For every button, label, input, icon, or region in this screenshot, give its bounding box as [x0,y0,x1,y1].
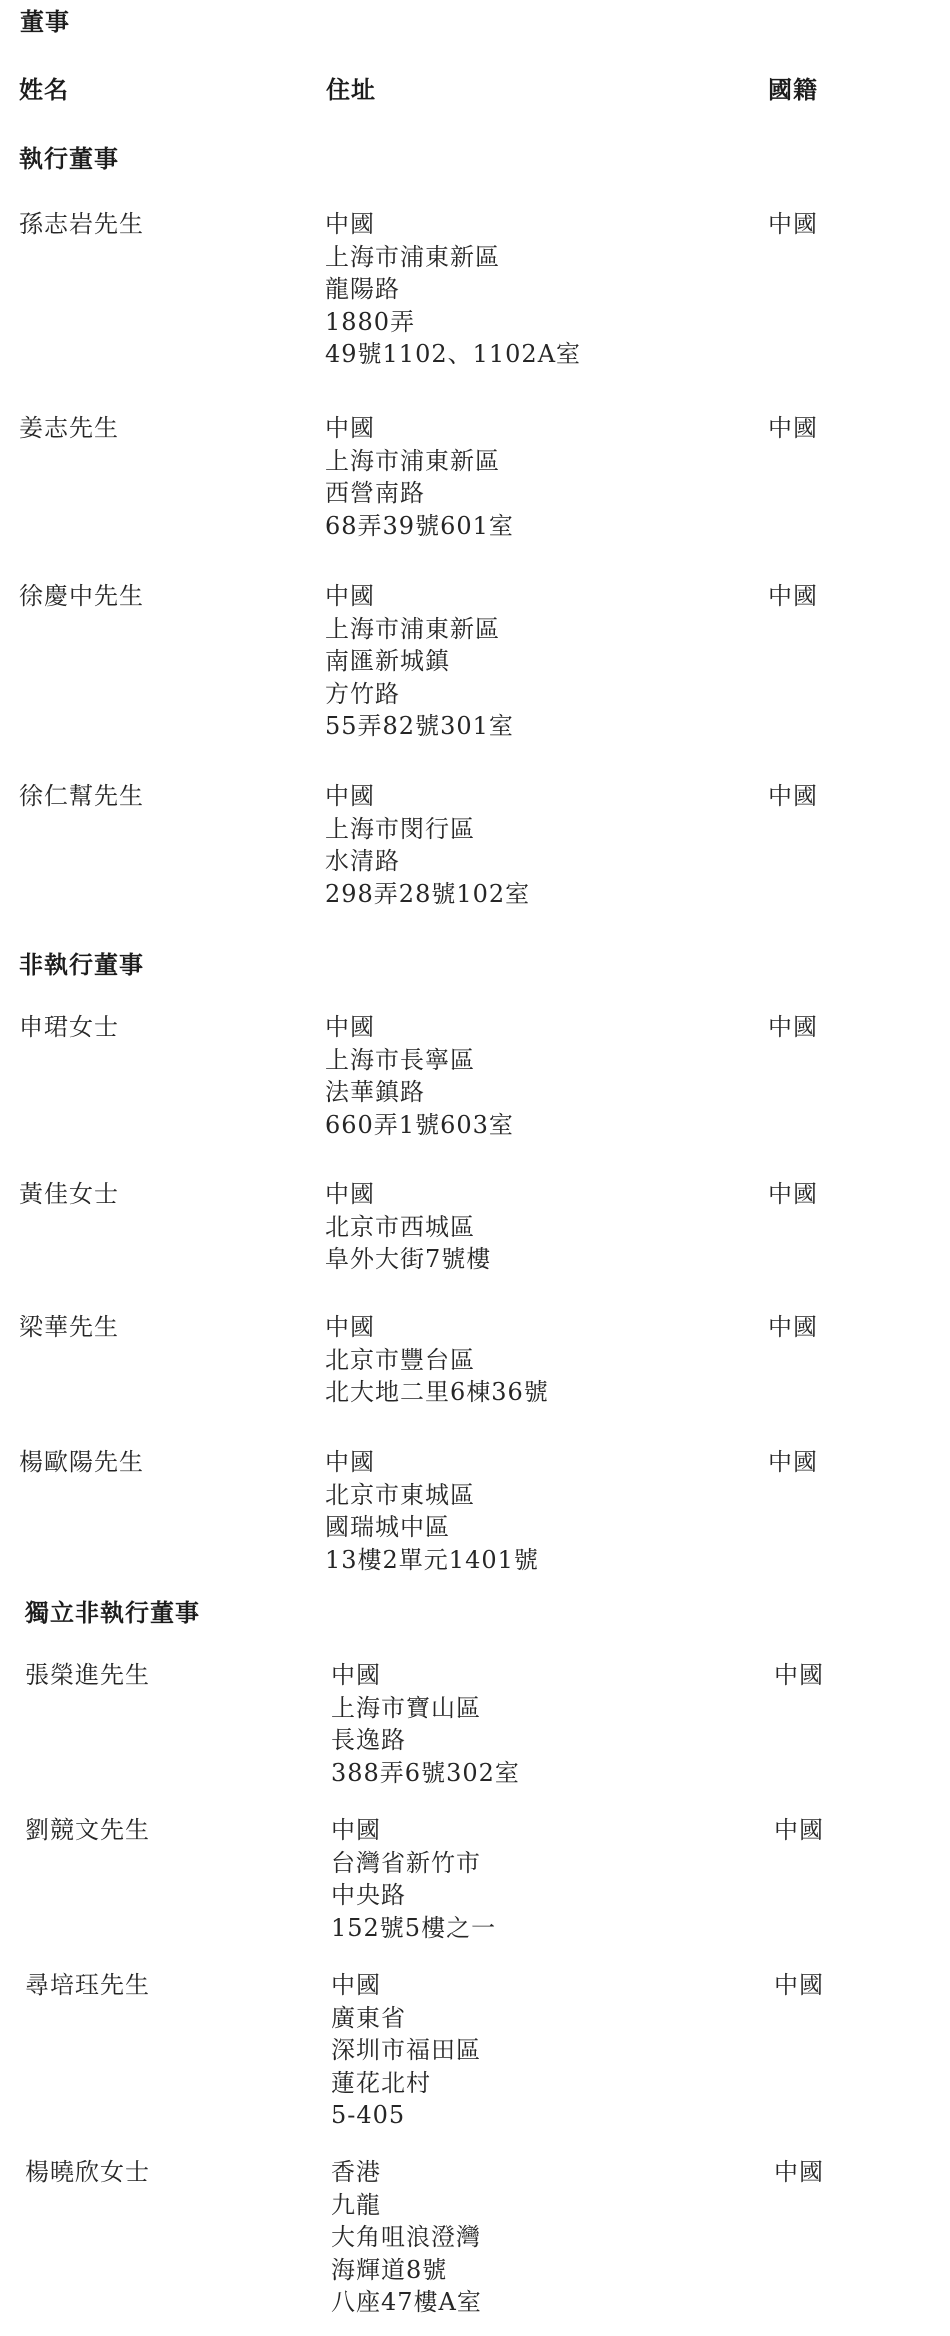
address-line: 660弄1號603室 [325,1109,514,1142]
director-address: 中國 上海市浦東新區 南匯新城鎮 方竹路 55弄82號301室 [325,580,514,743]
director-name: 梁華先生 [19,1313,119,1341]
director-nationality: 中國 [774,2158,824,2186]
director-address: 中國 北京市豐台區 北大地二里6棟36號 [325,1311,549,1409]
address-line: 北京市西城區 [325,1211,491,1244]
director-name: 黃佳女士 [19,1180,119,1208]
column-header-address: 住址 [326,76,376,104]
address-line: 長逸路 [331,1724,520,1757]
section-heading: 非執行董事 [19,951,144,979]
director-address: 香港 九龍 大角咀浪澄灣 海輝道8號 八座47樓A室 [331,2156,482,2319]
director-nationality: 中國 [768,210,818,238]
address-line: 蓮花北村 [331,2067,481,2100]
director-name: 張榮進先生 [25,1661,150,1689]
director-name: 尋培珏先生 [25,1971,150,1999]
director-name: 楊曉欣女士 [25,2158,150,2186]
director-nationality: 中國 [768,1313,818,1341]
address-line: 法華鎮路 [325,1076,514,1109]
director-name: 楊歐陽先生 [19,1448,144,1476]
director-address: 中國 上海市浦東新區 龍陽路 1880弄 49號1102、1102A室 [325,208,581,371]
section-heading: 獨立非執行董事 [25,1599,200,1627]
address-line: 海輝道8號 [331,2254,482,2287]
address-line: 方竹路 [325,678,514,711]
director-nationality: 中國 [768,1448,818,1476]
address-line: 上海市寶山區 [331,1692,520,1725]
section-heading: 執行董事 [19,145,119,173]
page-title: 董事 [20,8,70,36]
director-name: 徐慶中先生 [19,582,144,610]
address-line: 中國 [325,1011,514,1044]
column-header-nationality: 國籍 [768,76,818,104]
address-line: 北京市豐台區 [325,1344,549,1377]
address-line: 中國 [325,1178,491,1211]
address-line: 中國 [325,208,581,241]
director-name: 劉競文先生 [25,1816,150,1844]
address-line: 上海市閔行區 [325,813,530,846]
director-name: 孫志岩先生 [19,210,144,238]
address-line: 深圳市福田區 [331,2034,481,2067]
address-line: 13樓2單元1401號 [325,1544,539,1577]
address-line: 152號5樓之一 [331,1912,496,1945]
director-nationality: 中國 [768,1013,818,1041]
director-address: 中國 上海市寶山區 長逸路 388弄6號302室 [331,1659,520,1789]
director-nationality: 中國 [774,1816,824,1844]
address-line: 中國 [325,1446,539,1479]
address-line: 上海市長寧區 [325,1044,514,1077]
address-line: 上海市浦東新區 [325,613,514,646]
director-name: 姜志先生 [19,414,119,442]
director-nationality: 中國 [768,414,818,442]
address-line: 5-405 [331,2099,481,2132]
address-line: 55弄82號301室 [325,710,514,743]
director-nationality: 中國 [768,782,818,810]
director-address: 中國 台灣省新竹市 中央路 152號5樓之一 [331,1814,496,1944]
address-line: 八座47樓A室 [331,2286,482,2319]
address-line: 九龍 [331,2189,482,2222]
address-line: 西營南路 [325,477,514,510]
address-line: 中央路 [331,1879,496,1912]
address-line: 龍陽路 [325,273,581,306]
address-line: 中國 [331,1814,496,1847]
director-nationality: 中國 [774,1661,824,1689]
address-line: 中國 [325,1311,549,1344]
director-address: 中國 北京市西城區 阜外大街7號樓 [325,1178,491,1276]
address-line: 298弄28號102室 [325,878,530,911]
address-line: 中國 [325,580,514,613]
address-line: 香港 [331,2156,482,2189]
column-header-name: 姓名 [19,76,69,104]
director-nationality: 中國 [768,582,818,610]
address-line: 北京市東城區 [325,1479,539,1512]
director-name: 徐仁幫先生 [19,782,144,810]
address-line: 中國 [331,1659,520,1692]
address-line: 台灣省新竹市 [331,1847,496,1880]
address-line: 上海市浦東新區 [325,241,581,274]
address-line: 北大地二里6棟36號 [325,1376,549,1409]
director-address: 中國 廣東省 深圳市福田區 蓮花北村 5-405 [331,1969,481,2132]
director-address: 中國 北京市東城區 國瑞城中區 13樓2單元1401號 [325,1446,539,1576]
address-line: 中國 [325,412,514,445]
address-line: 上海市浦東新區 [325,445,514,478]
address-line: 388弄6號302室 [331,1757,520,1790]
director-nationality: 中國 [774,1971,824,1999]
address-line: 南匯新城鎮 [325,645,514,678]
address-line: 中國 [325,780,530,813]
director-nationality: 中國 [768,1180,818,1208]
address-line: 大角咀浪澄灣 [331,2221,482,2254]
address-line: 水清路 [325,845,530,878]
address-line: 中國 [331,1969,481,2002]
address-line: 1880弄 [325,306,581,339]
address-line: 68弄39號601室 [325,510,514,543]
address-line: 49號1102、1102A室 [325,338,581,371]
director-name: 申珺女士 [19,1013,119,1041]
director-address: 中國 上海市長寧區 法華鎮路 660弄1號603室 [325,1011,514,1141]
address-line: 廣東省 [331,2002,481,2035]
director-address: 中國 上海市浦東新區 西營南路 68弄39號601室 [325,412,514,542]
address-line: 阜外大街7號樓 [325,1243,491,1276]
director-address: 中國 上海市閔行區 水清路 298弄28號102室 [325,780,530,910]
address-line: 國瑞城中區 [325,1511,539,1544]
